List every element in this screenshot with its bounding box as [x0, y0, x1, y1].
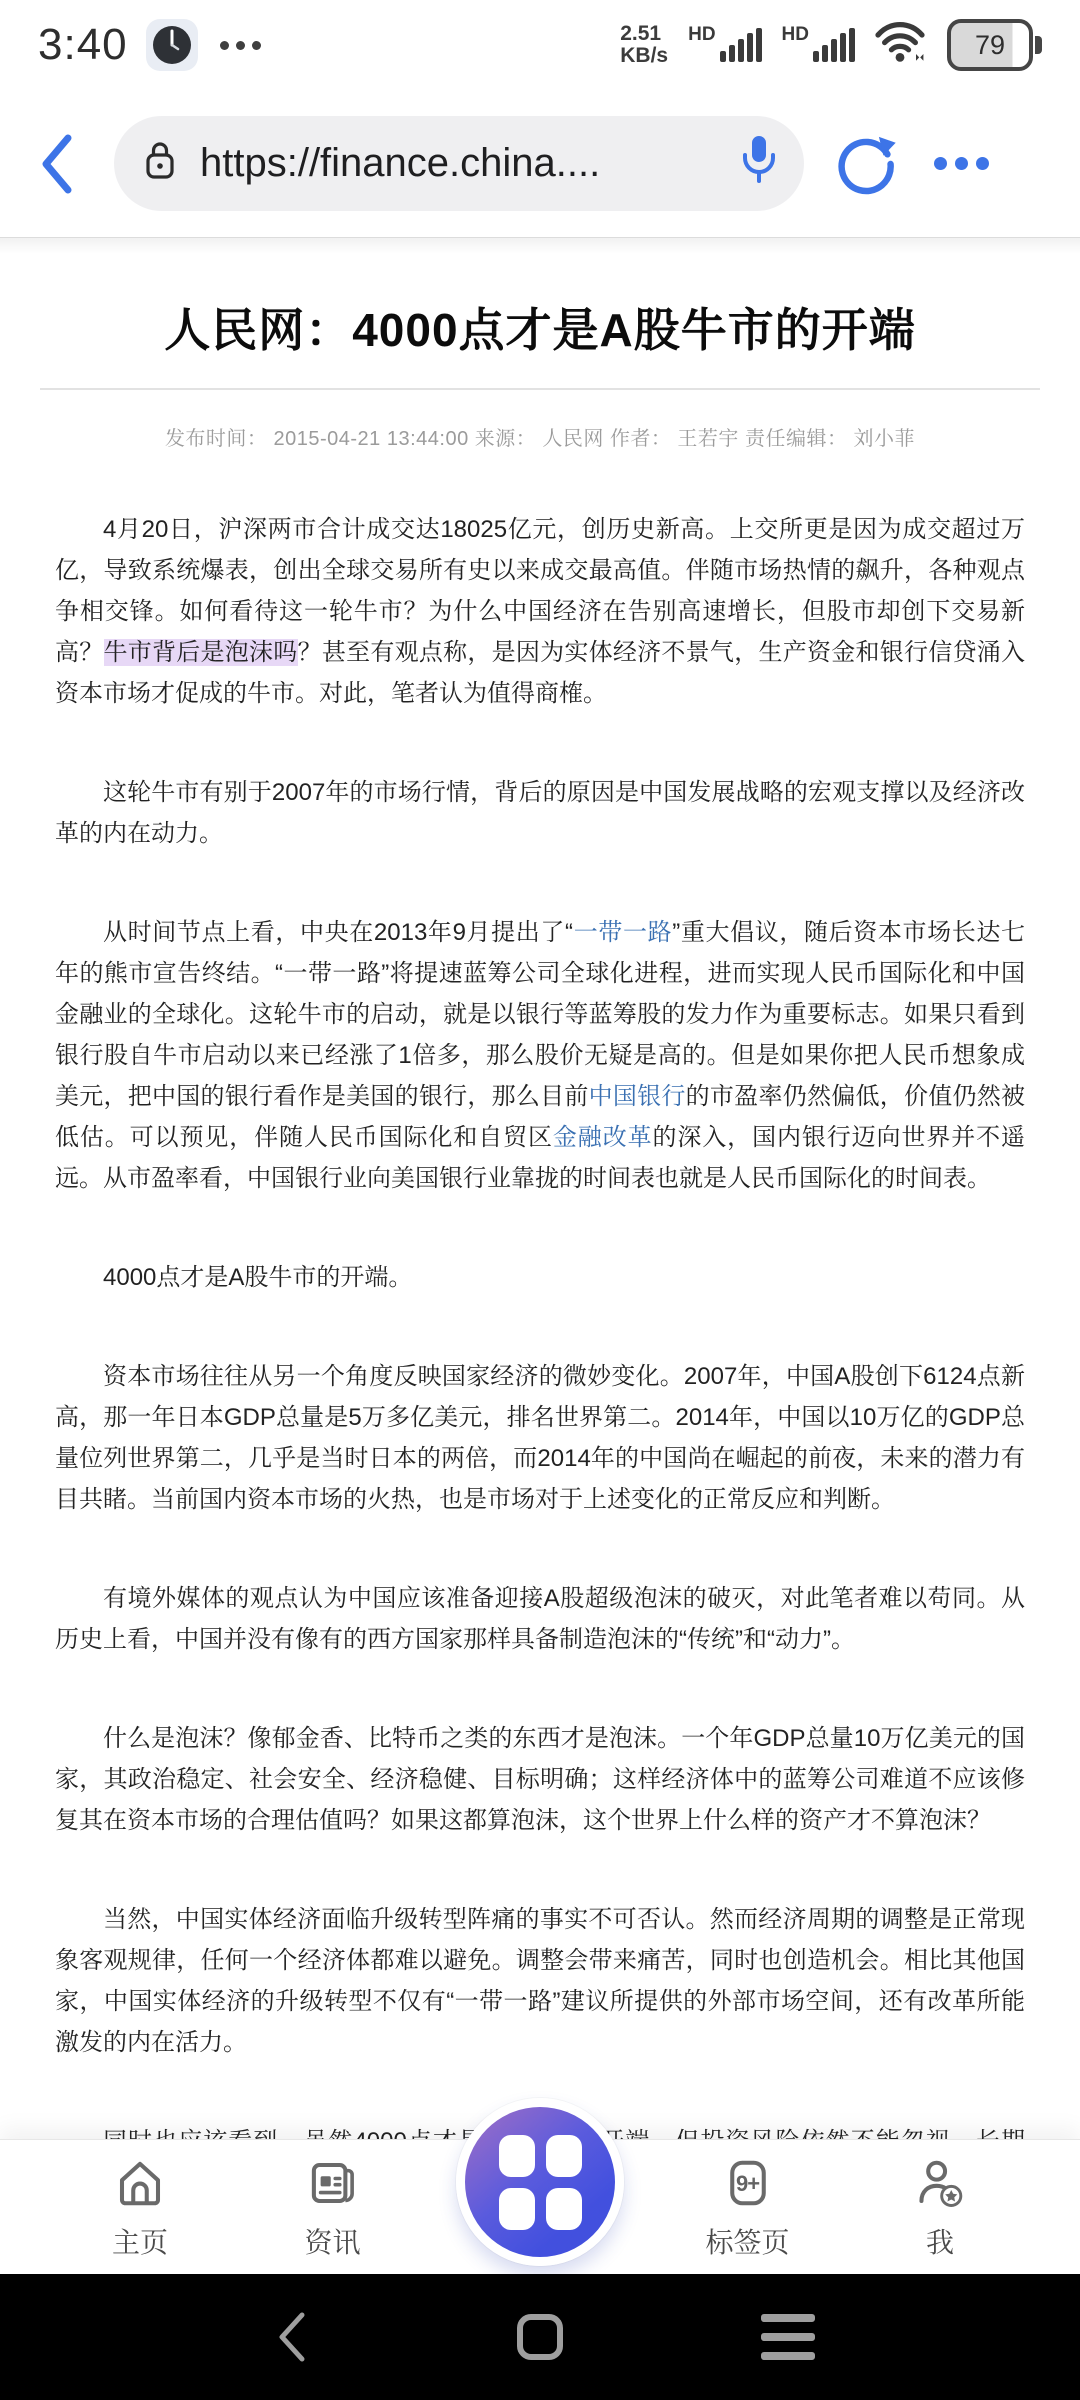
back-button[interactable] — [36, 124, 98, 204]
article-paragraph: 有境外媒体的观点认为中国应该准备迎接A股超级泡沫的破灭，对此笔者难以苟同。从历史… — [55, 1578, 1025, 1660]
address-bar[interactable]: https://finance.china.... — [114, 116, 804, 211]
article-body: 4月20日，沪深两市合计成交达18025亿元，创历史新高。上交所更是因为成交超过… — [55, 509, 1025, 2140]
clock-time: 3:40 — [38, 20, 128, 70]
web-page-content: 人民网：4000点才是A股牛市的开端 发布时间： 2015-04-21 13:4… — [0, 237, 1080, 2140]
article-paragraph: 4月20日，沪深两市合计成交达18025亿元，创历史新高。上交所更是因为成交超过… — [55, 509, 1025, 714]
url-text[interactable]: https://finance.china.... — [200, 141, 740, 186]
article-paragraph: 4000点才是A股牛市的开端。 — [55, 1257, 1025, 1298]
nav-item-tabs[interactable]: 9+ 标签页 — [678, 2154, 818, 2261]
article-paragraph: 这轮牛市有别于2007年的市场行情，背后的原因是中国发展战略的宏观支撑以及经济改… — [55, 772, 1025, 854]
article-paragraph: 从时间节点上看，中央在2013年9月提出了“一带一路”重大倡议，随后资本市场长达… — [55, 912, 1025, 1199]
toolbar-shadow — [0, 238, 1080, 254]
grid-icon — [499, 2135, 582, 2230]
article-paragraph: 当然，中国实体经济面临升级转型阵痛的事实不可否认。然而经济周期的调整是正常现象客… — [55, 1899, 1025, 2063]
reload-button[interactable] — [832, 124, 900, 204]
cellular-signal-2-icon: HD — [782, 28, 855, 62]
notification-dots-icon — [220, 41, 261, 50]
wifi-icon — [875, 21, 927, 70]
nav-item-news[interactable]: 资讯 — [263, 2154, 403, 2261]
browser-toolbar: https://finance.china.... — [0, 90, 1080, 237]
browser-bottom-nav: 主页 资讯 — [0, 2140, 1080, 2274]
text-segment: 从时间节点上看，中央在2013年9月提出了“ — [103, 919, 573, 946]
text-segment: 有境外媒体的观点认为中国应该准备迎接A股超级泡沫的破灭，对此笔者难以苟同。从历史… — [55, 1585, 1025, 1653]
nav-label-me: 我 — [926, 2221, 954, 2261]
title-divider — [40, 388, 1040, 390]
nav-label-home: 主页 — [112, 2221, 168, 2261]
me-icon — [913, 2154, 967, 2212]
overflow-menu-button[interactable] — [934, 157, 989, 170]
voice-search-icon[interactable] — [740, 133, 778, 194]
tabs-icon: 9+ — [721, 2154, 775, 2212]
phone-screen: 3:40 2.51 KB/s HD HD — [0, 0, 1080, 2400]
android-back-button[interactable] — [264, 2302, 320, 2372]
text-segment: 什么是泡沫？像郁金香、比特币之类的东西才是泡沫。一个年GDP总量10万亿美元的国… — [55, 1725, 1025, 1834]
highlighted-text: 牛市背后是泡沫吗 — [104, 639, 298, 666]
android-home-button[interactable] — [512, 2302, 568, 2372]
android-menu-button[interactable] — [760, 2302, 816, 2372]
article: 人民网：4000点才是A股牛市的开端 发布时间： 2015-04-21 13:4… — [0, 300, 1080, 2140]
article-title: 人民网：4000点才是A股牛市的开端 — [135, 300, 945, 360]
cellular-signal-1-icon: HD — [688, 28, 761, 62]
nav-item-home[interactable]: 主页 — [70, 2154, 210, 2261]
nav-label-news: 资讯 — [304, 2221, 360, 2261]
text-segment: 资本市场往往从另一个角度反映国家经济的微妙变化。2007年，中国A股创下6124… — [55, 1363, 1025, 1513]
android-nav-bar — [0, 2274, 1080, 2400]
text-segment: ”重大倡议，随后资本市场长达七年的熊市宣告终结。“一带一路”将提速蓝筹公司全球化… — [55, 919, 1025, 1110]
lock-icon — [140, 137, 180, 190]
nav-item-me[interactable]: 我 — [870, 2154, 1010, 2261]
alarm-clock-icon — [146, 19, 198, 71]
inline-link[interactable]: 金融改革 — [553, 1124, 653, 1151]
home-icon — [113, 2154, 167, 2212]
text-segment: 当然，中国实体经济面临升级转型阵痛的事实不可否认。然而经济周期的调整是正常现象客… — [55, 1906, 1025, 2056]
inline-link[interactable]: 中国银行 — [589, 1083, 686, 1110]
article-paragraph: 什么是泡沫？像郁金香、比特币之类的东西才是泡沫。一个年GDP总量10万亿美元的国… — [55, 1718, 1025, 1841]
text-segment: 这轮牛市有别于2007年的市场行情，背后的原因是中国发展战略的宏观支撑以及经济改… — [55, 779, 1025, 847]
article-meta: 发布时间： 2015-04-21 13:44:00 来源： 人民网 作者： 王若… — [55, 422, 1025, 451]
news-icon — [306, 2154, 360, 2212]
nav-label-tabs: 标签页 — [705, 2221, 789, 2261]
network-speed: 2.51 KB/s — [620, 23, 668, 67]
text-segment: 4000点才是A股牛市的开端。 — [103, 1264, 412, 1291]
article-paragraph: 资本市场往往从另一个角度反映国家经济的微妙变化。2007年，中国A股创下6124… — [55, 1356, 1025, 1520]
inline-link[interactable]: 一带一路 — [573, 919, 672, 946]
tabs-count-badge: 9+ — [736, 2171, 759, 2197]
app-grid-button[interactable] — [456, 2098, 624, 2266]
status-bar: 3:40 2.51 KB/s HD HD — [0, 0, 1080, 90]
battery-icon: 79 — [947, 19, 1042, 71]
